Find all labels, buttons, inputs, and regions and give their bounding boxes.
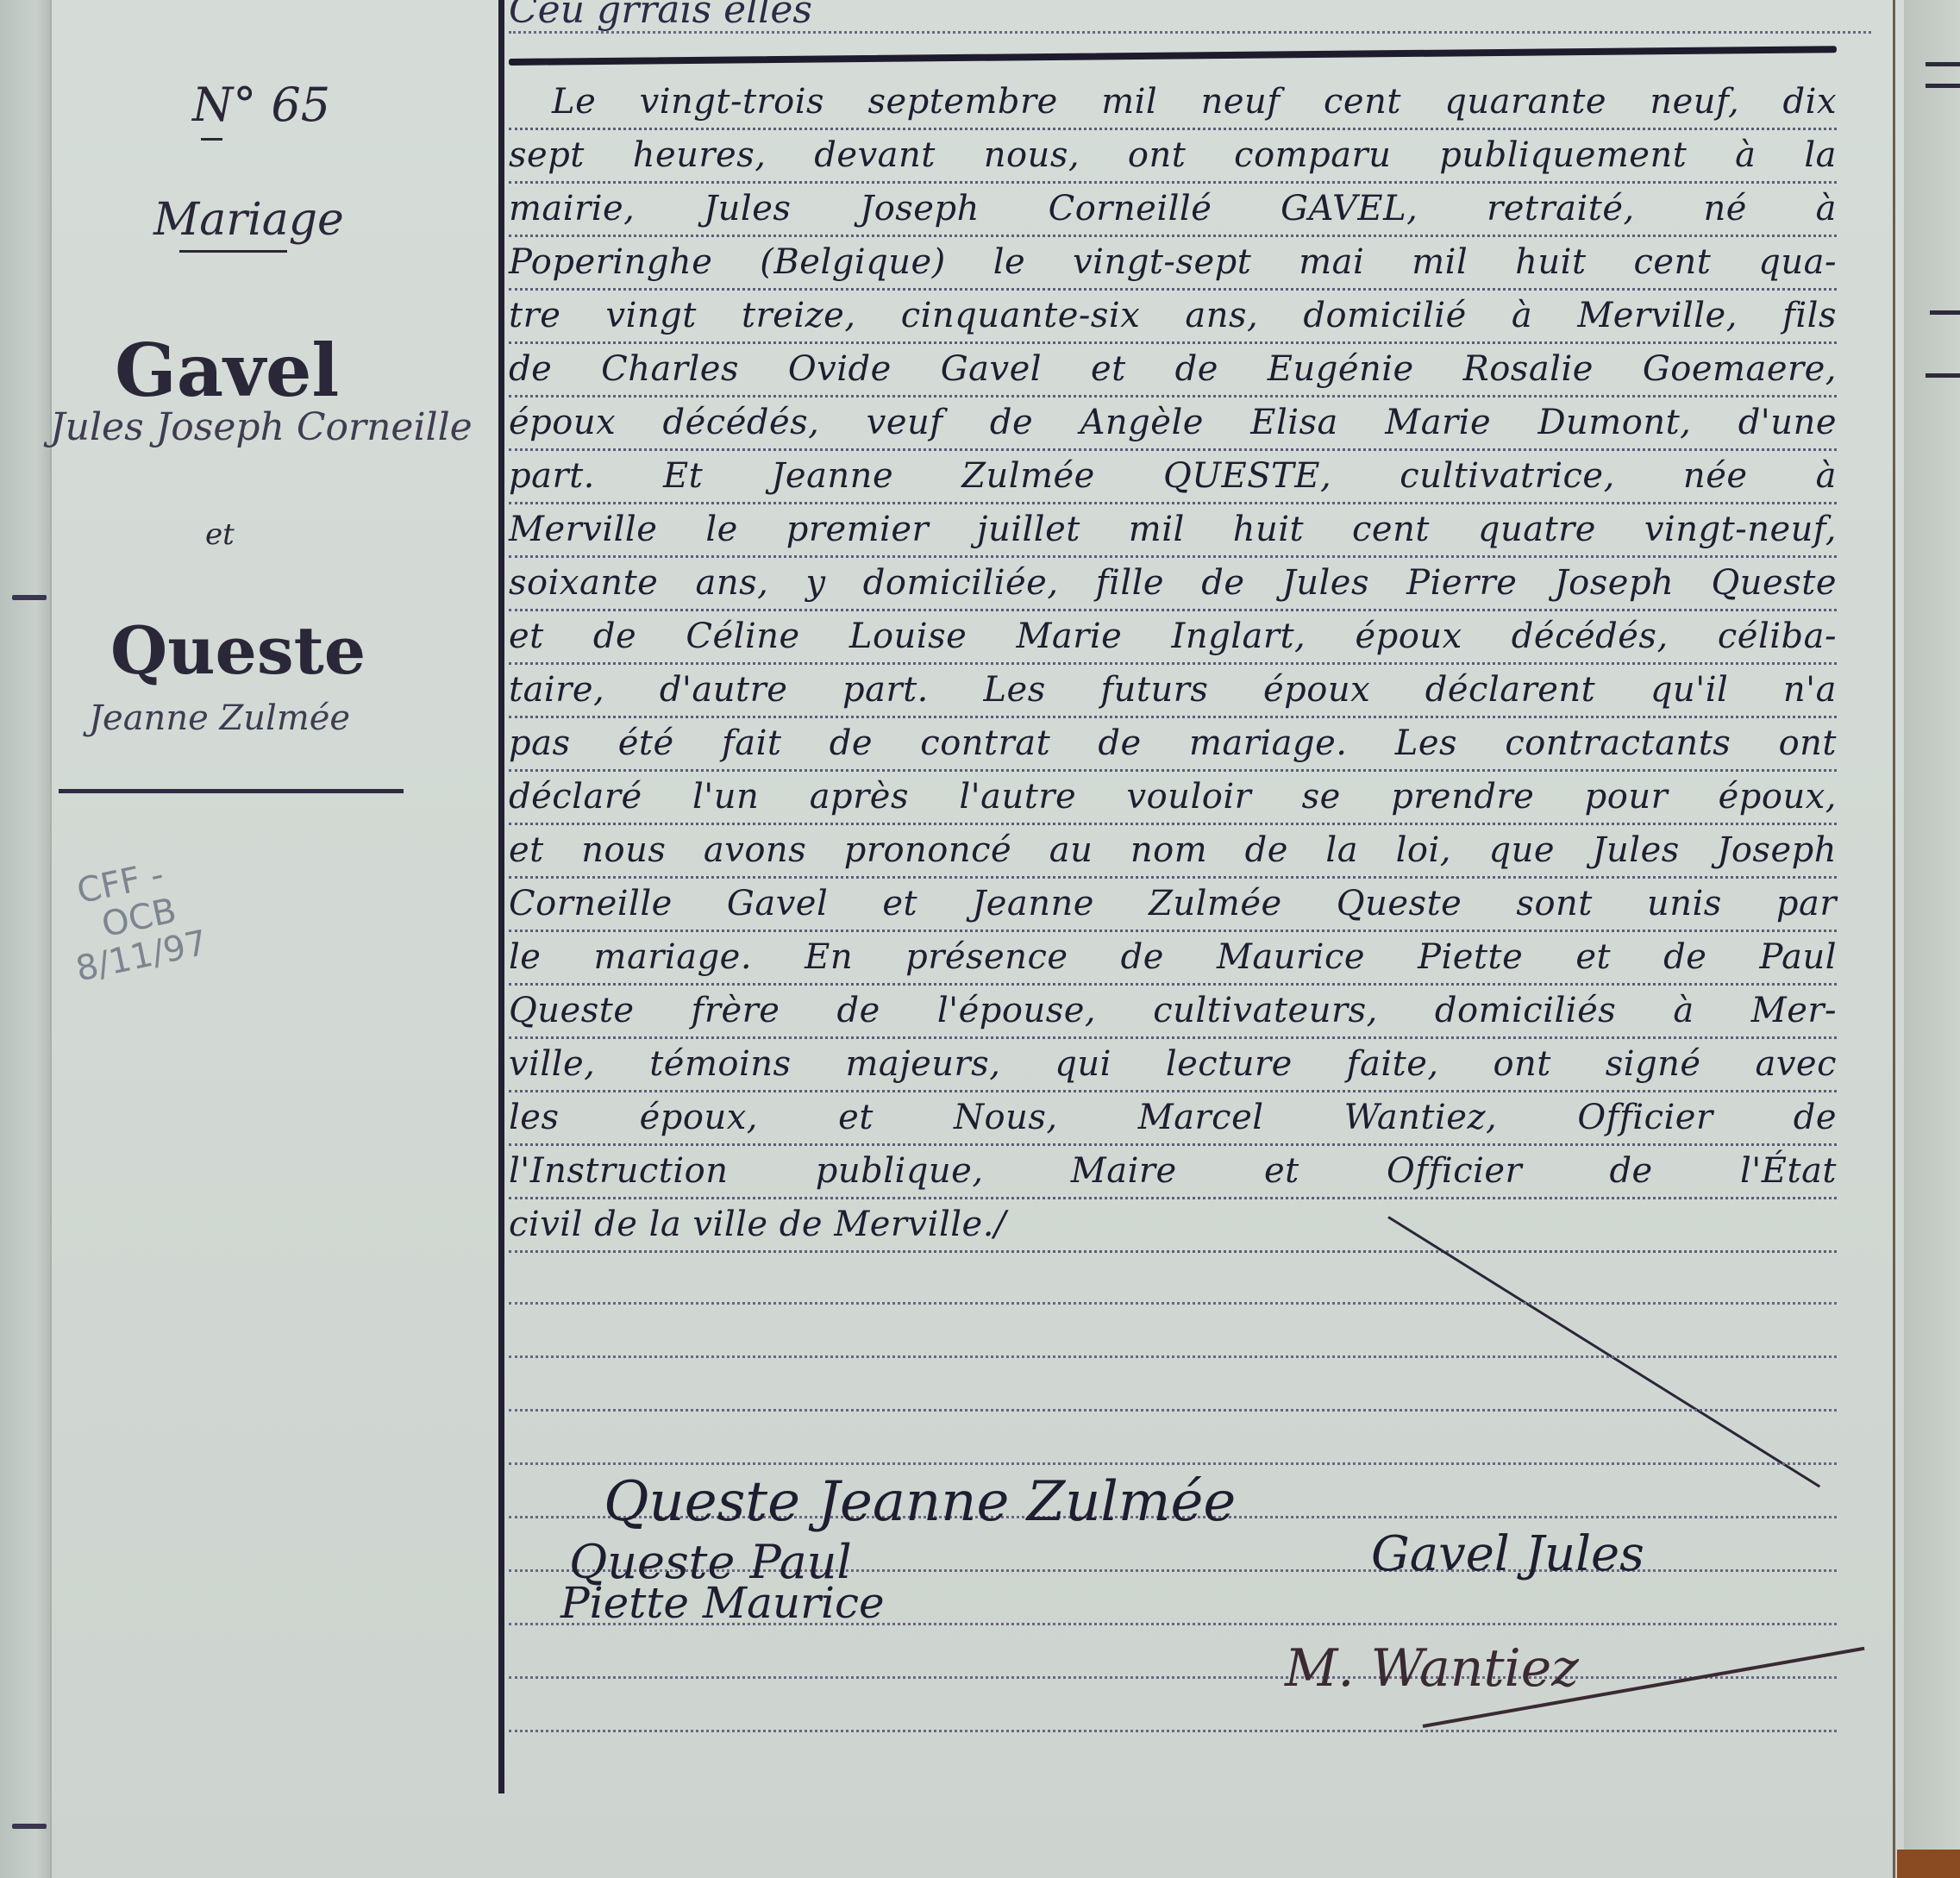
ruled-line [509,1302,1837,1305]
ruled-line [509,1730,1837,1732]
text-line: déclaré l'un après l'autre vouloir se pr… [509,771,1837,825]
ink-mark [1926,62,1960,66]
ruled-line [509,31,1871,34]
text-line: de Charles Ovide Gavel et de Eugénie Ros… [509,343,1837,398]
ink-mark [12,1824,47,1829]
title-underline [179,250,287,253]
text-line: Merville le premier juillet mil huit cen… [509,504,1837,558]
act-separator-rule [509,46,1837,66]
text-line: civil de la ville de Merville./ [509,1199,1837,1253]
underlying-page-edge [0,0,52,1878]
facing-page-edge [1904,0,1960,1878]
text-line: tre vingt treize, cinquante-six ans, dom… [509,290,1837,344]
text-line: Corneille Gavel et Jeanne Zulmée Queste … [509,878,1837,932]
text-line: sept heures, devant nous, ont comparu pu… [509,129,1837,184]
text-line: époux décédés, veuf de Angèle Elisa Mari… [509,397,1837,451]
signature-witness-piette: Piette Maurice [560,1578,885,1628]
signature-groom: Gavel Jules [1371,1526,1644,1582]
text-line: ville, témoins majeurs, qui lecture fait… [509,1038,1837,1092]
text-line: le mariage. En présence de Maurice Piett… [509,931,1837,986]
closing-stroke [1387,1216,1820,1487]
signature-mayor: M. Wantiez [1285,1638,1579,1699]
text-line: Queste frère de l'épouse, cultivateurs, … [509,985,1837,1039]
ruled-line [509,1355,1837,1358]
groom-given-names: Jules Joseph Corneille [50,405,473,449]
text-line: part. Et Jeanne Zulmée QUESTE, cultivatr… [509,450,1837,504]
column-divider [498,0,504,1793]
act-number: N° 65 [192,78,330,132]
ruled-line [509,1462,1837,1465]
text-line: taire, d'autre part. Les futurs époux dé… [509,664,1837,718]
act-body: Ceu grrais elles Le vingt-trois septembr… [509,0,1888,1878]
act-type: Mariage [153,194,344,246]
ruled-line [509,1409,1837,1412]
bride-surname: Queste [110,612,366,689]
page-right-edge [1893,0,1895,1878]
text-line: Le vingt-trois septembre mil neuf cent q… [509,76,1837,130]
text-line: et de Céline Louise Marie Inglart, époux… [509,610,1837,665]
margin-separator [59,789,404,793]
groom-surname: Gavel [115,328,339,413]
previous-act-fragment: Ceu grrais elles [509,0,812,32]
conjunction: et [205,517,235,552]
text-line: Poperinghe (Belgique) le vingt-sept mai … [509,236,1837,291]
margin-column: N° 65 Mariage Gavel Jules Joseph Corneil… [50,0,503,1878]
text-line: soixante ans, y domiciliée, fille de Jul… [509,557,1837,611]
short-dash [201,138,222,141]
text-line: les époux, et Nous, Marcel Wantiez, Offi… [509,1092,1837,1146]
ink-mark [12,595,47,600]
page-corner [1897,1850,1960,1878]
text-line: mairie, Jules Joseph Corneillé GAVEL, re… [509,183,1837,237]
bride-given-names: Jeanne Zulmée [89,698,350,738]
signature-bride: Queste Jeanne Zulmée [604,1470,1236,1534]
ink-mark [1926,373,1960,378]
ruled-line [509,1676,1837,1679]
text-line: l'Instruction publique, Maire et Officie… [509,1145,1837,1199]
text-line: et nous avons prononcé au nom de la loi,… [509,824,1837,879]
pencil-annotation: CFF - OCB 8/11/97 [57,849,210,988]
ink-mark [1930,310,1960,315]
text-line: pas été fait de contrat de mariage. Les … [509,717,1837,772]
ink-mark [1926,84,1960,88]
